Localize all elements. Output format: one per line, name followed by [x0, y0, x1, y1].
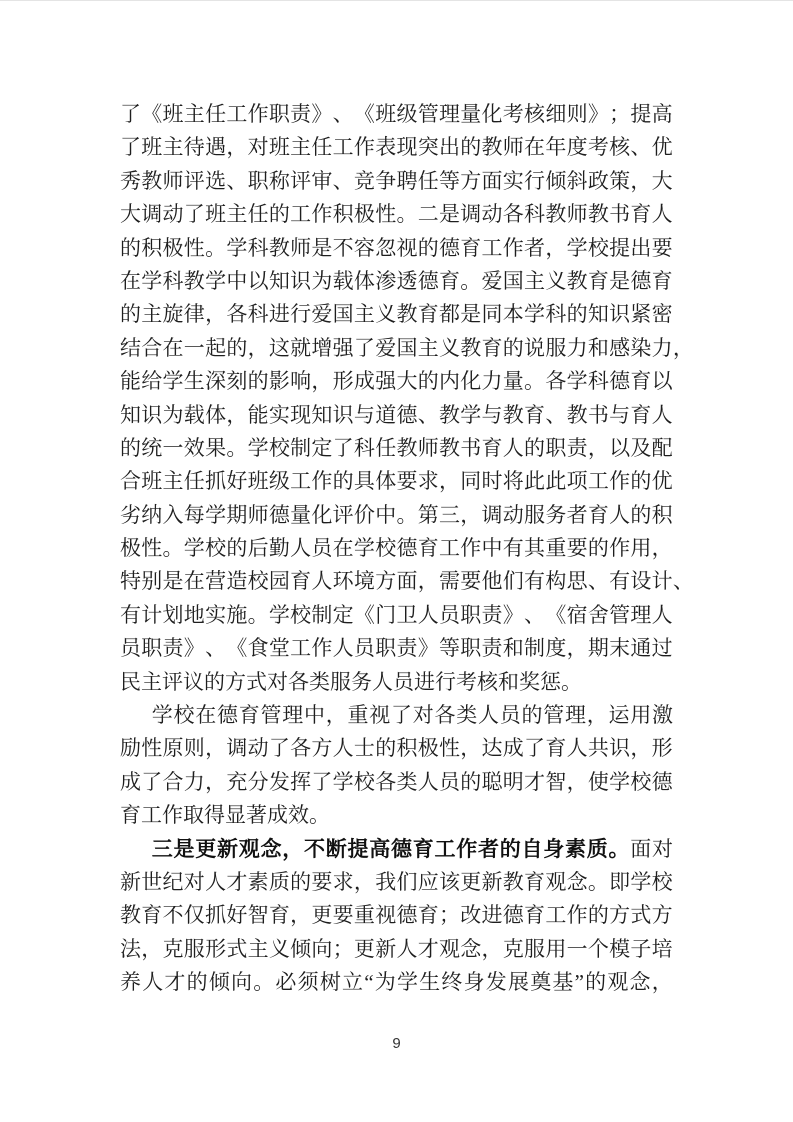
text-line: 教育不仅抓好智育，更要重视德育；改进德育工作的方式方 — [120, 899, 673, 932]
text-line: 的积极性。学科教师是不容忽视的德育工作者，学校提出要 — [120, 232, 673, 265]
text-line: 了班主待遇，对班主任工作表现突出的教师在年度考核、优 — [120, 131, 673, 164]
text-line: 养人才的倾向。必须树立“为学生终身发展奠基”的观念， — [120, 966, 673, 999]
document-body-text: 了《班主任工作职责》、《班级管理量化考核细则》；提高了班主待遇，对班主任工作表现… — [120, 98, 673, 1000]
text-line: 励性原则，调动了各方人士的积极性，达成了育人共识，形 — [120, 732, 673, 765]
text-line: 极性。学校的后勤人员在学校德育工作中有其重要的作用， — [120, 532, 673, 565]
text-line: 在学科教学中以知识为载体渗透德育。爱国主义教育是德育 — [120, 265, 673, 298]
text-line: 能给学生深刻的影响，形成强大的内化力量。各学科德育以 — [120, 365, 673, 398]
text-line: 秀教师评选、职称评审、竞争聘任等方面实行倾斜政策，大 — [120, 165, 673, 198]
text-line: 三是更新观念，不断提高德育工作者的自身素质。面对 — [120, 833, 673, 866]
text-line: 的统一效果。学校制定了科任教师教书育人的职责，以及配 — [120, 432, 673, 465]
page-number: 9 — [0, 1035, 793, 1052]
text-line: 育工作取得显著成效。 — [120, 799, 673, 832]
text-line: 的主旋律，各科进行爱国主义教育都是同本学科的知识紧密 — [120, 298, 673, 331]
document-page: 了《班主任工作职责》、《班级管理量化考核细则》；提高了班主待遇，对班主任工作表现… — [0, 0, 793, 1122]
text-line: 劣纳入每学期师德量化评价中。第三，调动服务者育人的积 — [120, 499, 673, 532]
text-line: 知识为载体，能实现知识与道德、教学与教育、教书与育人 — [120, 399, 673, 432]
text-line: 员职责》、《食堂工作人员职责》等职责和制度，期末通过 — [120, 632, 673, 665]
text-line: 大调动了班主任的工作积极性。二是调动各科教师教书育人 — [120, 198, 673, 231]
text-line: 成了合力，充分发挥了学校各类人员的聪明才智，使学校德 — [120, 766, 673, 799]
text-line: 结合在一起的，这就增强了爱国主义教育的说服力和感染力， — [120, 332, 673, 365]
text-line: 了《班主任工作职责》、《班级管理量化考核细则》；提高 — [120, 98, 673, 131]
text-line: 新世纪对人才素质的要求，我们应该更新教育观念。即学校 — [120, 866, 673, 899]
text-line: 法，克服形式主义倾向；更新人才观念，克服用一个模子培 — [120, 933, 673, 966]
text-line: 合班主任抓好班级工作的具体要求，同时将此此项工作的优 — [120, 465, 673, 498]
text-line: 民主评议的方式对各类服务人员进行考核和奖惩。 — [120, 666, 673, 699]
text-line: 有计划地实施。学校制定《门卫人员职责》、《宿舍管理人 — [120, 599, 673, 632]
text-line: 学校在德育管理中，重视了对各类人员的管理，运用激 — [120, 699, 673, 732]
text-line: 特别是在营造校园育人环境方面，需要他们有构思、有设计、 — [120, 565, 673, 598]
